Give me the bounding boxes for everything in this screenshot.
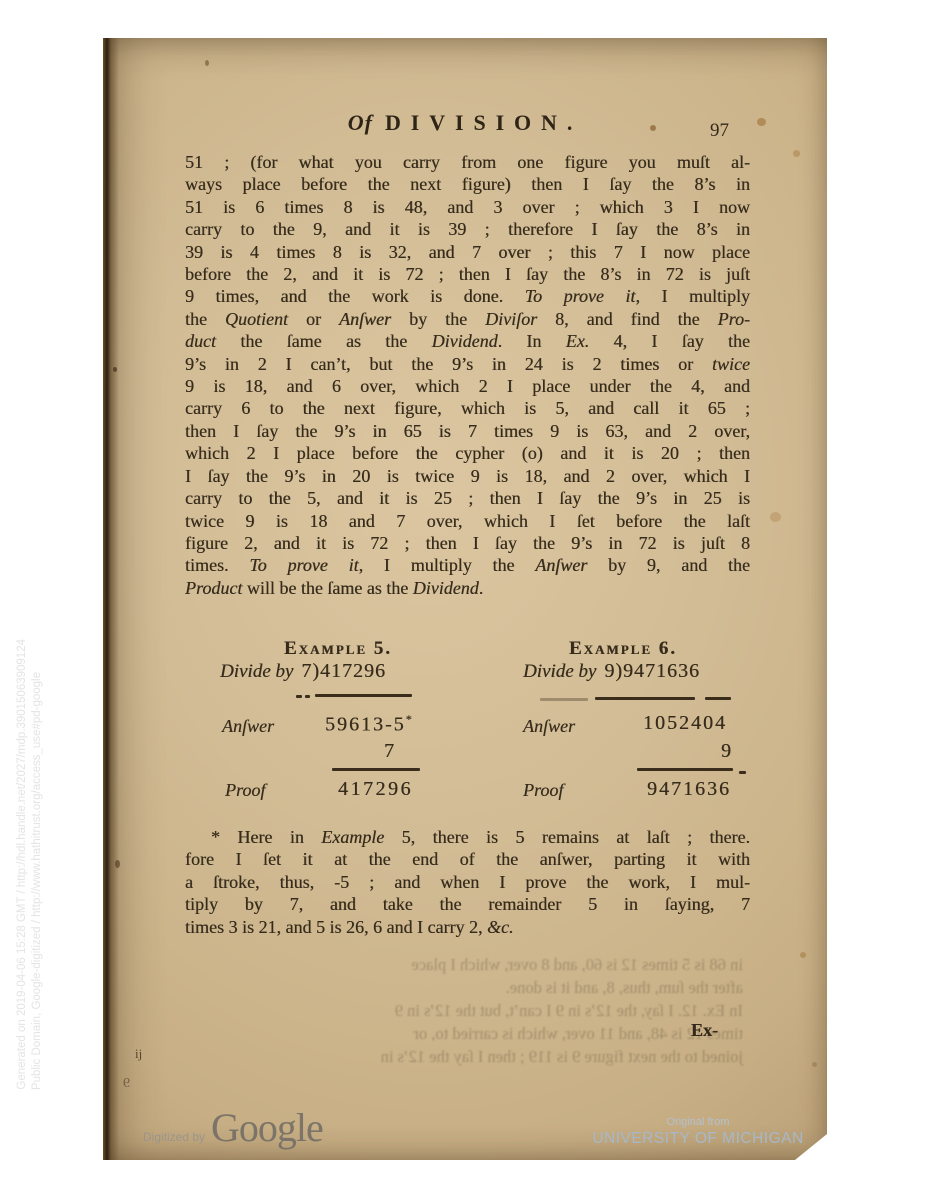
- bleed-through-text: in 68 is 5 times 12 is 60, and 8 over, w…: [163, 953, 743, 1068]
- ink-speck: [205, 60, 209, 66]
- example5-heading: Example 5.: [263, 638, 413, 660]
- text-line: joined to the next figure 9 is 119 ; the…: [163, 1045, 743, 1068]
- body-paragraph: 51 ; (for what you carry from one figure…: [185, 151, 750, 599]
- example6-dividend-line: Divide by9)9471636: [523, 660, 700, 683]
- text-line: 51 is 6 times 8 is 48, and 3 over ; whic…: [185, 196, 750, 218]
- paper-stain: [812, 1062, 817, 1067]
- text-line: after the ſum, thus, 8, and it is done.: [163, 976, 743, 999]
- text-line: Product will be the ſame as the Dividend…: [185, 577, 750, 599]
- text-line: fore I ſet it at the end of the anſwer, …: [185, 848, 750, 870]
- text-line: 39 is 4 times 8 is 32, and 7 over ; this…: [185, 241, 750, 263]
- watermark-generated-line: Generated on 2019-04-06 15:28 GMT / http…: [16, 639, 28, 1090]
- example6-answer-value: 1052404: [643, 712, 727, 735]
- text-line: before the 2, and it is 72 ; then I ſay …: [185, 263, 750, 285]
- margin-mark: 9: [123, 1076, 130, 1092]
- digitized-by-label: Digitized by: [143, 1130, 205, 1144]
- margin-mark: ij: [135, 1046, 142, 1062]
- ink-dash: [296, 695, 302, 698]
- example6-expression: 9)9471636: [604, 660, 700, 682]
- ink-rule: [705, 697, 731, 700]
- ink-rule: [637, 768, 733, 771]
- institution-label: UNIVERSITY OF MICHIGAN: [583, 1130, 813, 1148]
- example5-dividend-line: Divide by7)417296: [220, 660, 386, 683]
- text-line: twice 9 is 18 and 7 over, which I ſet be…: [185, 510, 750, 532]
- example5-answer-label: Anſwer: [222, 716, 274, 737]
- footnote-marker: *: [406, 712, 412, 726]
- scanned-page: OfDIVISION. 97 51 ; (for what you carry …: [103, 38, 827, 1160]
- google-logo: Google: [211, 1104, 323, 1151]
- text-line: carry 6 to the next figure, which is 5, …: [185, 397, 750, 419]
- example5-multiplier: 7: [384, 740, 396, 763]
- example5-proof-value: 417296: [338, 778, 413, 801]
- text-line: figure 2, and it is 72 ; then I ſay the …: [185, 532, 750, 554]
- text-line: the Quotient or Anſwer by the Diviſor 8,…: [185, 308, 750, 330]
- text-line: 9 times, and the work is done. To prove …: [185, 285, 750, 307]
- text-line: 9’s in 2 I can’t, but the 9’s in 24 is 2…: [185, 353, 750, 375]
- text-line: carry to the 9, and it is 39 ; therefore…: [185, 218, 750, 240]
- example6-divide-label: Divide by: [523, 661, 596, 682]
- catchword: Ex-: [691, 1020, 718, 1041]
- ink-dash: [739, 771, 746, 774]
- text-line: then I ſay the 9’s in 65 is 7 times 9 is…: [185, 420, 750, 442]
- hathitrust-watermark: Generated on 2019-04-06 15:28 GMT / http…: [16, 440, 43, 1090]
- page-corner-cut: [795, 1134, 827, 1160]
- text-line: in 68 is 5 times 12 is 60, and 8 over, w…: [163, 953, 743, 976]
- text-line: which 2 I place before the cypher (o) an…: [185, 442, 750, 464]
- example5-proof-label: Proof: [225, 780, 265, 801]
- watermark-rights-line: Public Domain, Google-digitized / http:/…: [31, 672, 43, 1090]
- paper-stain: [793, 150, 800, 157]
- example5-expression: 7)417296: [301, 660, 386, 682]
- ink-speck: [115, 860, 120, 868]
- original-from-label: Original from: [583, 1116, 813, 1128]
- running-title: DIVISION.: [385, 110, 582, 135]
- example6-multiplier: 9: [721, 740, 733, 763]
- paper-stain: [757, 118, 766, 126]
- text-line: carry to the 5, and it is 25 ; then I ſa…: [185, 487, 750, 509]
- ink-dash: [540, 698, 588, 701]
- text-line: duct the ſame as the Dividend. In Ex. 4,…: [185, 330, 750, 352]
- example6-proof-value: 9471636: [647, 778, 731, 801]
- ink-speck: [113, 367, 117, 372]
- text-line: times 3 is 21, and 5 is 26, 6 and I carr…: [185, 916, 750, 938]
- text-line: tiply by 7, and take the remainder 5 in …: [185, 893, 750, 915]
- provenance-block: Original from UNIVERSITY OF MICHIGAN: [583, 1116, 813, 1148]
- text-line: times. To prove it, I multiply the Anſwe…: [185, 554, 750, 576]
- example6-proof-label: Proof: [523, 780, 563, 801]
- ink-rule: [332, 768, 420, 771]
- example5-answer-value: 59613-5*: [325, 712, 412, 737]
- ink-rule: [315, 694, 412, 697]
- example5-divide-label: Divide by: [220, 661, 293, 682]
- text-line: a ſtroke, thus, -5 ; and when I prove th…: [185, 871, 750, 893]
- ink-rule: [595, 697, 695, 700]
- text-line: ways place before the next figure) then …: [185, 173, 750, 195]
- example6-heading: Example 6.: [548, 638, 698, 660]
- text-line: 9 is 18, and 6 over, which 2 I place und…: [185, 375, 750, 397]
- book-spine-shadow: [103, 38, 119, 1160]
- text-line: In Ex. 12. I ſay, the 12’s in 9 I can’t,…: [163, 999, 743, 1022]
- footnote: * Here in Example 5, there is 5 remains …: [185, 826, 750, 938]
- paper-stain: [770, 512, 781, 522]
- text-line: * Here in Example 5, there is 5 remains …: [185, 826, 750, 848]
- running-title-prefix: Of: [348, 110, 373, 135]
- example6-answer-label: Anſwer: [523, 716, 575, 737]
- text-line: I ſay the 9’s in 20 is twice 9 is 18, an…: [185, 465, 750, 487]
- paper-stain: [650, 125, 656, 131]
- text-line: 51 ; (for what you carry from one figure…: [185, 151, 750, 173]
- text-line: times 12 is 48, and 11 over, which is ca…: [163, 1022, 743, 1045]
- ink-dash: [305, 695, 310, 698]
- paper-stain: [800, 952, 806, 958]
- page-number: 97: [710, 120, 729, 142]
